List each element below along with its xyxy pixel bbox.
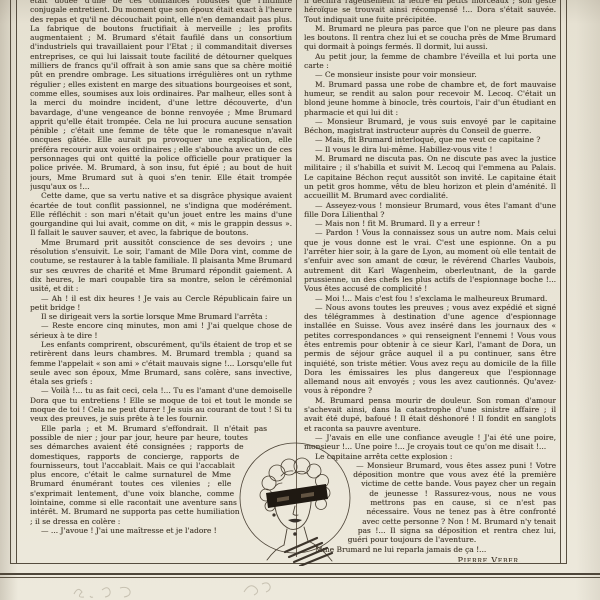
paragraph: était douée d'une de ces confiances robu… — [30, 0, 292, 191]
paragraph: — Voilà !... tu as fait ceci, cela !... … — [30, 386, 292, 423]
paragraph: Les enfants comprirent, obscurément, qu'… — [30, 340, 292, 386]
shoulder-left — [267, 545, 284, 560]
paragraph: M. Brumard pensa mourir de douleur. Son … — [304, 396, 556, 433]
pencil-scribble-left — [70, 584, 140, 600]
paragraph: il déchira rageusement la lettre en peti… — [304, 0, 556, 24]
paragraph: Mme Brumard prit aussitôt conscience de … — [30, 238, 292, 294]
right-border-rule-inner — [560, 0, 561, 563]
lips — [288, 519, 302, 523]
page-bottom-rule-1 — [0, 573, 600, 575]
paragraph: — Pardon ! Vous la connaissez sous un au… — [304, 228, 556, 293]
paragraph: Il se dirigeait vers la sortie lorsque M… — [30, 312, 292, 321]
paragraph: M. Brumard passa une robe de chambre et,… — [304, 80, 556, 117]
neck-left — [284, 529, 287, 545]
paragraph: — Il vous le dira lui-même. Habillez-vou… — [304, 145, 556, 154]
paragraph: Au petit jour, la femme de chambre l'éve… — [304, 52, 556, 71]
necklace-bead — [293, 532, 297, 536]
paragraph: — Ce monsieur insiste pour voir monsieur… — [304, 70, 556, 79]
left-column-upper: était douée d'une de ces confiances robu… — [30, 0, 292, 424]
page-bottom-rule-2 — [0, 577, 600, 578]
right-border-rule-outer — [566, 0, 567, 563]
pencil-scribble-center — [240, 578, 274, 598]
paragraph: — Mais non ! fit M. Brumard. Il y a erre… — [304, 219, 556, 228]
eye-mask — [266, 484, 328, 508]
left-border-rule-inner — [16, 0, 17, 563]
left-border-rule-outer — [10, 0, 11, 563]
nose-line — [293, 506, 298, 515]
paragraph: — Reste encore cinq minutes, mon ami ! J… — [30, 321, 292, 340]
paragraph: — Monsieur Brumard, je vous suis envoyé … — [304, 117, 556, 136]
paragraph: M. Brumard ne pleura pas parce que l'on … — [304, 24, 556, 52]
paragraph: — Mais, fit Brumard interloqué, que me v… — [304, 135, 556, 144]
right-column-upper: il déchira rageusement la lettre en peti… — [304, 0, 556, 461]
earring — [272, 513, 275, 516]
paragraph: — Moi !... Mais c'est fou ! s'exclama le… — [304, 294, 556, 303]
paragraph: — Nous avons toutes les preuves ; vous a… — [304, 303, 556, 396]
paragraph: — Asseyez-vous ! monsieur Brumard, vous … — [304, 201, 556, 220]
paragraph: M. Brumard ne discuta pas. On ne discute… — [304, 154, 556, 200]
paragraph: — Ah ! il est dix heures ! Je vais au Ce… — [30, 294, 292, 313]
paragraph: Cette dame, que sa vertu native et sa di… — [30, 191, 292, 237]
neck-right — [304, 527, 308, 541]
masked-woman-illustration — [237, 440, 355, 566]
striped-collar — [285, 538, 332, 566]
